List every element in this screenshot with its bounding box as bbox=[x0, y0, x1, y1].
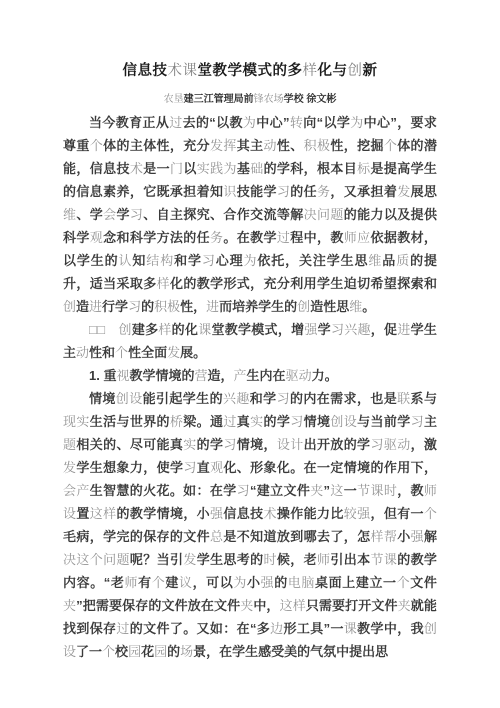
paragraph-intro: 当今教育正从过去的“以教为中心”转向“以学为中心”，要求尊重个体的主体性，充分发… bbox=[63, 111, 437, 318]
document-title: 信息技术课堂教学模式的多样化与创新 bbox=[63, 60, 437, 82]
document-body: 当今教育正从过去的“以教为中心”转向“以学为中心”，要求尊重个体的主体性，充分发… bbox=[63, 111, 437, 663]
paragraph-section-1-body: 情境创设能引起学生的兴趣和学习的内在需求，也是联系与现实生活与世界的桥梁。通过真… bbox=[63, 387, 437, 663]
paragraph-thesis: □□ 创建多样的化课堂教学模式，增强学习兴趣，促进学生主动性和个性全面发展。 bbox=[63, 318, 437, 364]
section-heading-1: 1. 重视教学情境的营造，产生内在驱动力。 bbox=[63, 364, 437, 387]
author-byline: 农垦建三江管理局前锋农场学校 徐文彬 bbox=[63, 93, 437, 106]
document-page: 信息技术课堂教学模式的多样化与创新 农垦建三江管理局前锋农场学校 徐文彬 当今教… bbox=[0, 0, 500, 708]
